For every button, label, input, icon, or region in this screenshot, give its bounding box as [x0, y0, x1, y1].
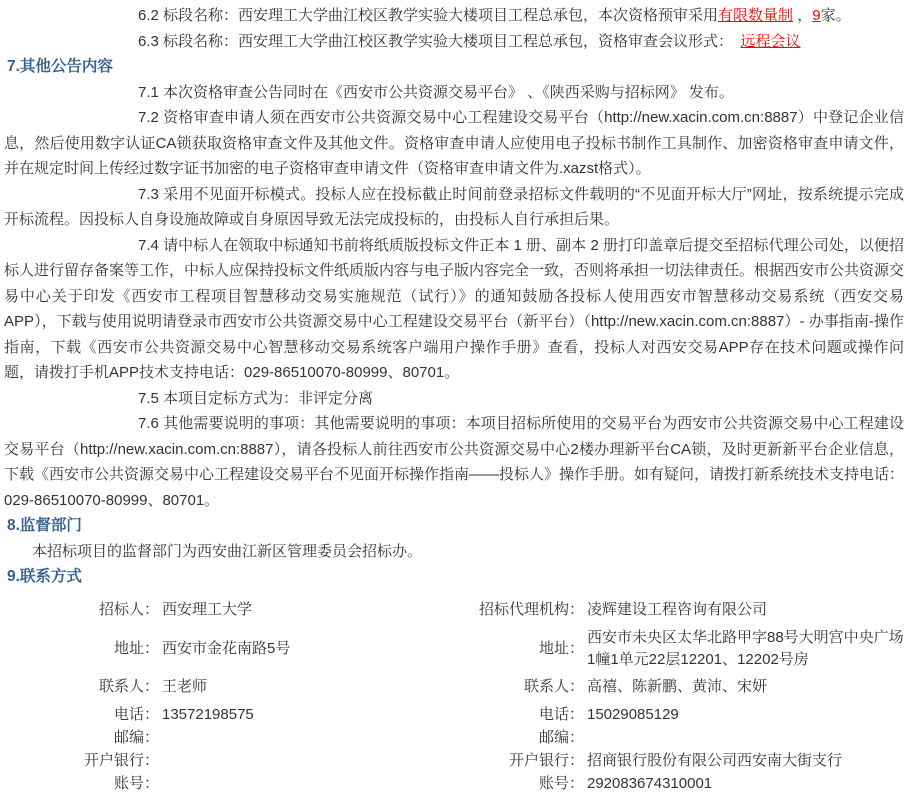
contact-label: 联系人：: [2, 676, 159, 698]
link-limited-quantity[interactable]: 有限数量制: [718, 7, 793, 24]
clause-6-2: 6.2 标段名称：西安理工大学曲江校区教学实验大楼项目工程总承包，本次资格预审采…: [2, 3, 906, 29]
text-segment: 7.6 其他需要说明的事项：其他需要说明的事项：本项目招标所使用的交易平台为西安…: [4, 415, 904, 509]
contact-value: 15029085129: [584, 704, 906, 726]
text-segment: ，: [793, 7, 812, 24]
contact-label: 招标代理机构：: [442, 599, 584, 621]
contact-row: 开户银行：开户银行：招商银行股份有限公司西安南大街支行: [2, 750, 906, 773]
text-segment: 7.5 本项目定标方式为：非评定分离: [138, 390, 373, 407]
clause-7-2: 7.2 资格审查申请人须在西安市公共资源交易中心工程建设交易平台（http://…: [2, 105, 906, 182]
contact-value: 西安市未央区太华北路甲字88号大明宫中央广场1幢1单元22层12201、1220…: [584, 627, 906, 671]
contact-value: 292083674310001: [584, 773, 906, 795]
contact-label: 账号：: [442, 773, 584, 795]
contact-grid: 招标人：西安理工大学招标代理机构：凌辉建设工程咨询有限公司地址：西安市金花南路5…: [2, 594, 906, 796]
supervision-body: 本招标项目的监督部门为西安曲江新区管理委员会招标办。: [2, 539, 906, 565]
contact-value: 招商银行股份有限公司西安南大街支行: [584, 750, 906, 772]
contact-value: 西安理工大学: [159, 599, 442, 621]
contact-label: 开户银行：: [442, 750, 584, 772]
contact-row: 电话：13572198575电话：15029085129: [2, 704, 906, 727]
contact-label: 邮编：: [442, 727, 584, 749]
contact-value: 高禧、陈新鹏、黄沛、宋妍: [584, 676, 906, 698]
contact-label: 开户银行：: [2, 750, 159, 772]
link-remote-meeting[interactable]: 远程会议: [741, 33, 801, 50]
contact-label: 地址：: [2, 638, 159, 660]
clause-7-3: 7.3 采用不见面开标模式。投标人应在投标截止时间前登录招标文件载明的“不见面开…: [2, 182, 906, 233]
section-8-heading: 8.监督部门: [2, 513, 906, 539]
section-9-heading: 9.联系方式: [2, 564, 906, 590]
text-segment: 7.3 采用不见面开标模式。投标人应在投标截止时间前登录招标文件载明的“不见面开…: [4, 186, 904, 229]
clause-7-1: 7.1 本次资格审查公告同时在《西安市公共资源交易平台》 、《陕西采购与招标网》…: [2, 80, 906, 106]
text-segment: 6.2 标段名称：西安理工大学曲江校区教学实验大楼项目工程总承包，本次资格预审采…: [138, 7, 718, 24]
clause-6-3: 6.3 标段名称：西安理工大学曲江校区教学实验大楼项目工程总承包，资格审查会议形…: [2, 29, 906, 55]
doc-content: 6.2 标段名称：西安理工大学曲江校区教学实验大楼项目工程总承包，本次资格预审采…: [2, 3, 906, 590]
contact-label: 邮编：: [2, 727, 159, 749]
clause-7-5: 7.5 本项目定标方式为：非评定分离: [2, 386, 906, 412]
contact-value: 西安市金花南路5号: [159, 638, 442, 660]
contact-label: 联系人：: [442, 676, 584, 698]
contact-row: 地址：西安市金花南路5号地址：西安市未央区太华北路甲字88号大明宫中央广场1幢1…: [2, 627, 906, 671]
text-segment: 6.3 标段名称：西安理工大学曲江校区教学实验大楼项目工程总承包，资格审查会议形…: [138, 33, 741, 50]
contact-row: 账号：账号：292083674310001: [2, 773, 906, 796]
text-segment: 本招标项目的监督部门为西安曲江新区管理委员会招标办。: [32, 543, 422, 560]
clause-7-6: 7.6 其他需要说明的事项：其他需要说明的事项：本项目招标所使用的交易平台为西安…: [2, 411, 906, 513]
contact-row: 邮编：邮编：: [2, 727, 906, 750]
text-segment: 7.1 本次资格审查公告同时在《西安市公共资源交易平台》 、《陕西采购与招标网》…: [138, 84, 734, 101]
contact-label: 电话：: [442, 704, 584, 726]
contact-label: 地址：: [442, 638, 584, 660]
contact-value: 王老师: [159, 676, 442, 698]
clause-7-4: 7.4 请中标人在领取中标通知书前将纸质版投标文件正本 1 册、副本 2 册打印…: [2, 233, 906, 386]
contact-value: 凌辉建设工程咨询有限公司: [584, 599, 906, 621]
contact-label: 招标人：: [2, 599, 159, 621]
contact-label: 电话：: [2, 704, 159, 726]
text-segment: 家。: [821, 7, 851, 24]
tender-announcement-page: 6.2 标段名称：西安理工大学曲江校区教学实验大楼项目工程总承包，本次资格预审采…: [0, 0, 908, 802]
contact-label: 账号：: [2, 773, 159, 795]
section-7-heading: 7.其他公告内容: [2, 54, 906, 80]
contact-row: 联系人：王老师联系人：高禧、陈新鹏、黄沛、宋妍: [2, 671, 906, 704]
contact-row: 招标人：西安理工大学招标代理机构：凌辉建设工程咨询有限公司: [2, 594, 906, 627]
contact-value: 13572198575: [159, 704, 442, 726]
text-segment: 7.2 资格审查申请人须在西安市公共资源交易中心工程建设交易平台（http://…: [4, 109, 904, 177]
link-nine[interactable]: 9: [812, 7, 820, 24]
text-segment: 7.4 请中标人在领取中标通知书前将纸质版投标文件正本 1 册、副本 2 册打印…: [4, 237, 904, 382]
